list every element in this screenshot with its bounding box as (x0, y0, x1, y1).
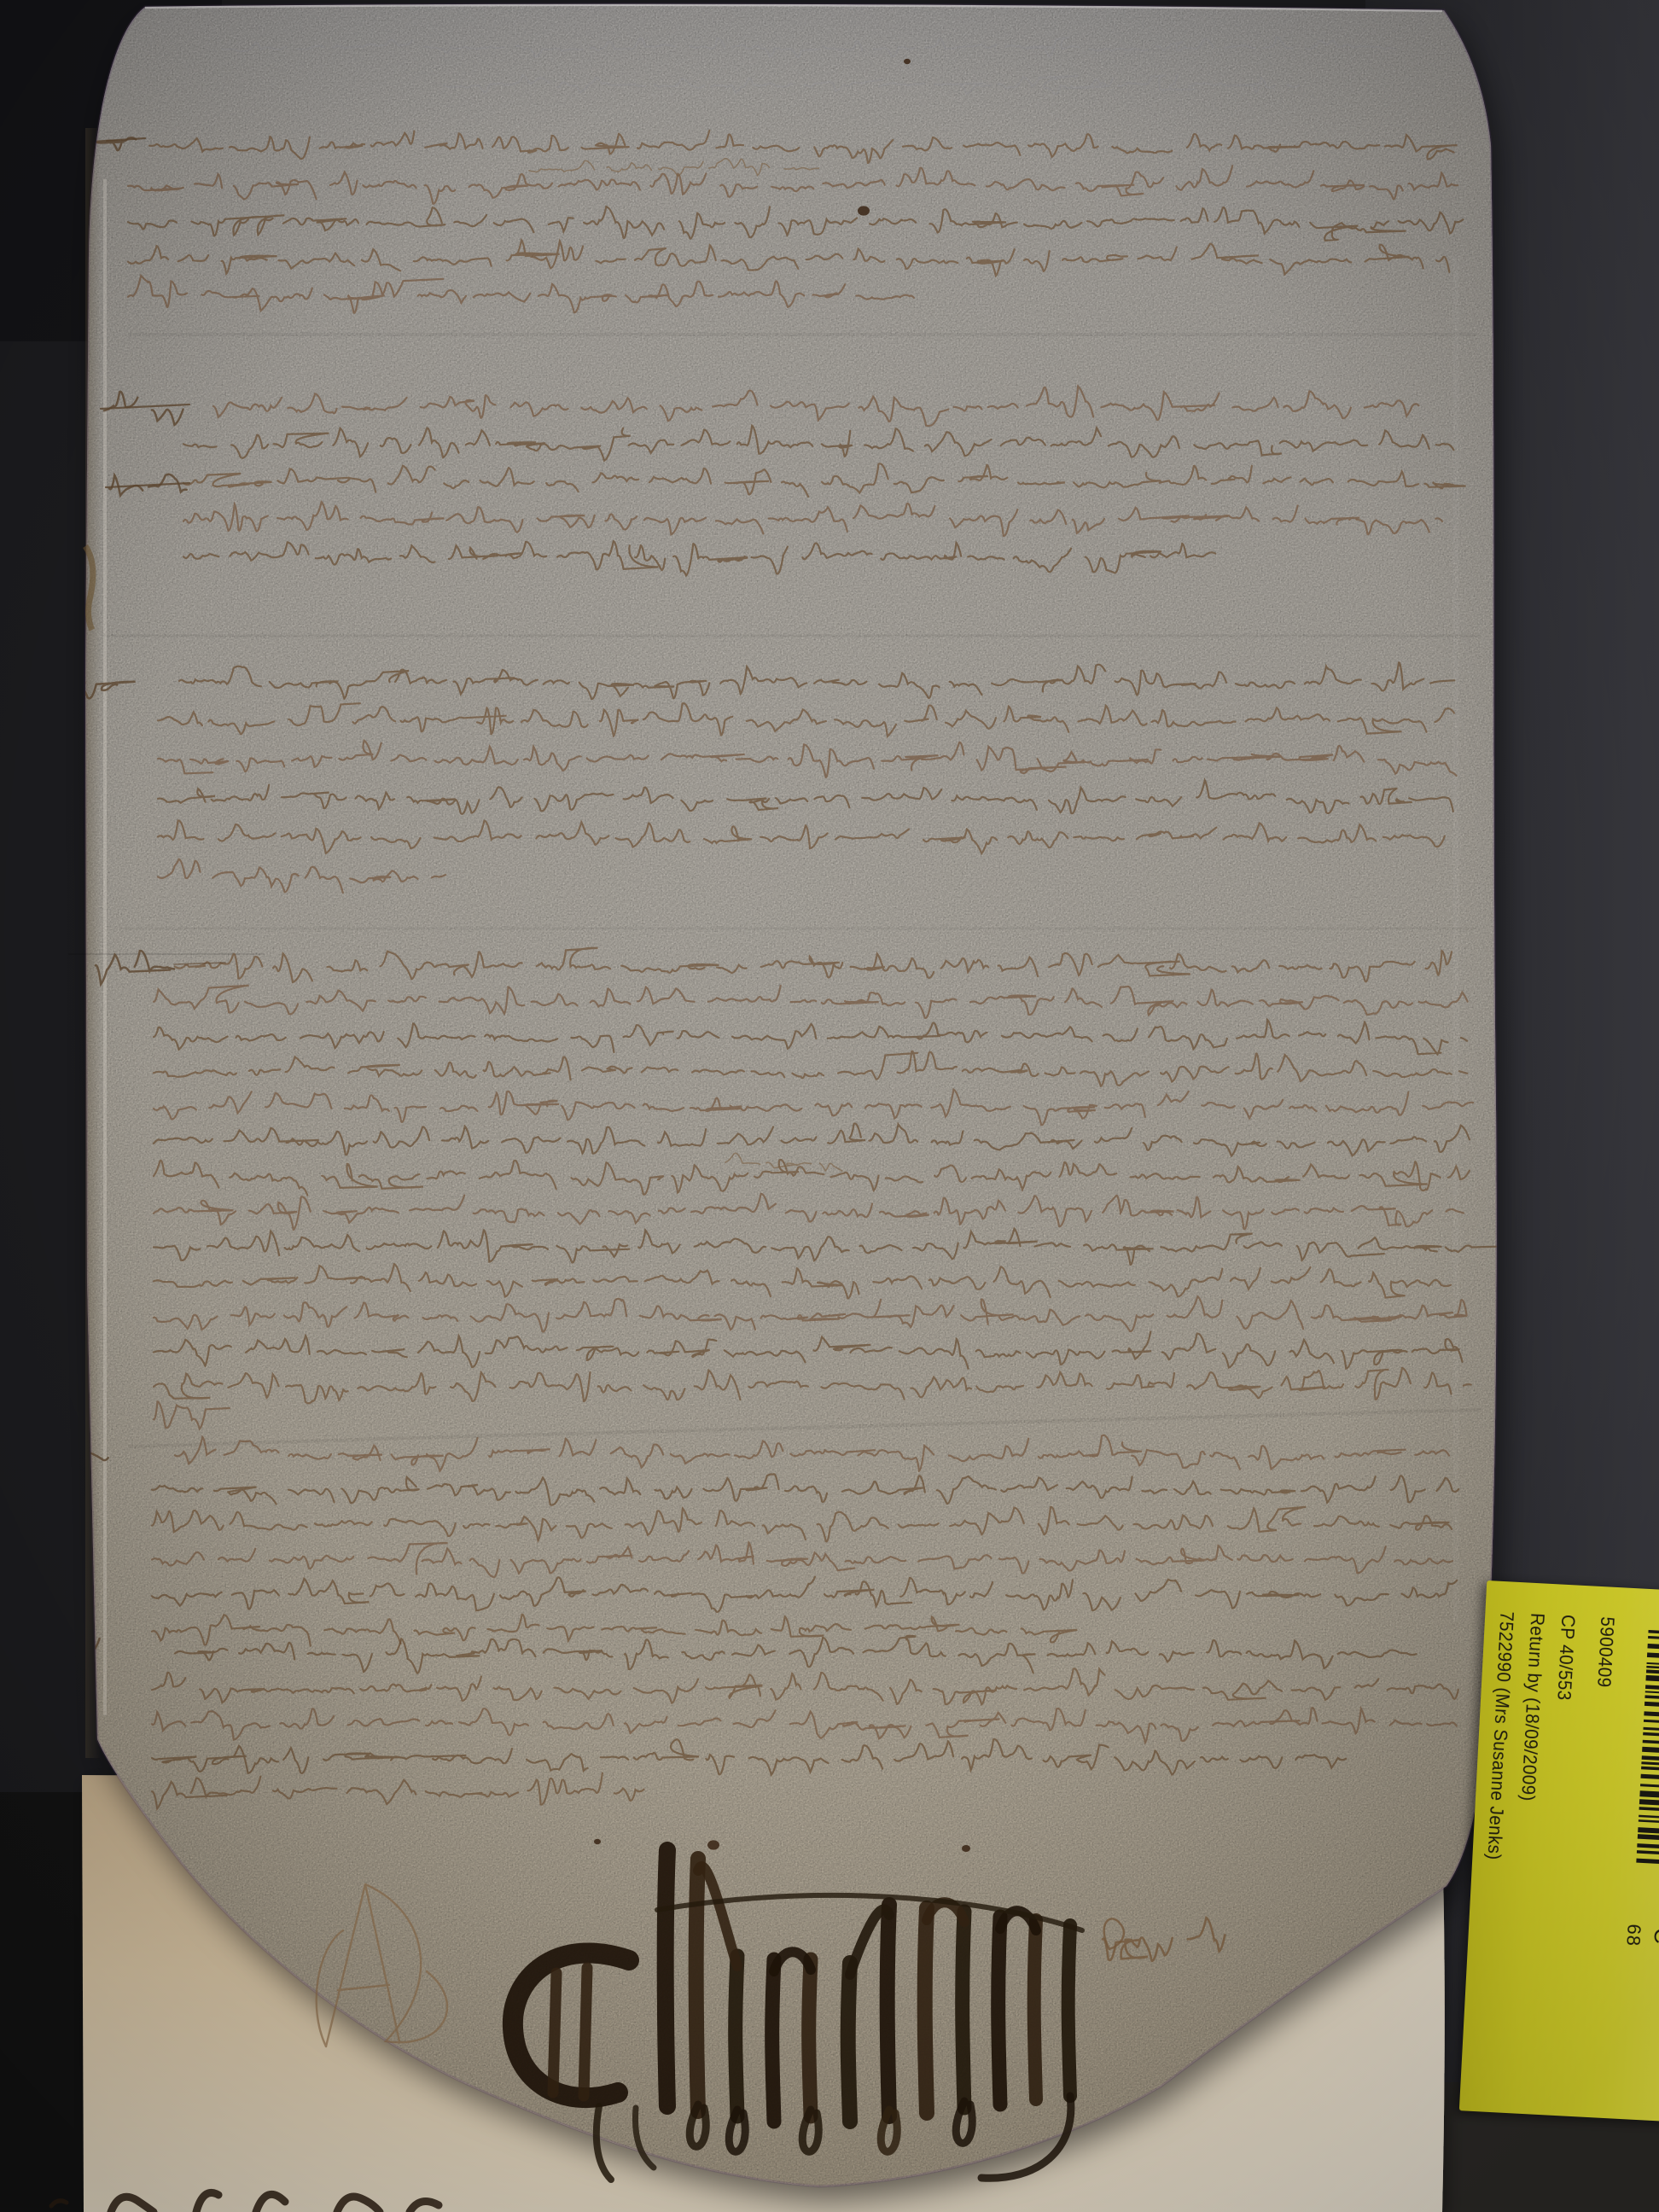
label-line-return-by: Return by (18/09/2009) (1516, 1612, 1549, 1802)
heading-stem (1034, 1920, 1036, 2099)
heading-stem (696, 1859, 698, 2111)
ink-blot (594, 1839, 601, 1844)
manuscript-photo: C 68 5900409 CP 40/553 Return by (18/09/… (0, 0, 1659, 2212)
label-barcode (1636, 1630, 1659, 1871)
heading-stem (888, 1905, 889, 2116)
heading-stem (809, 1959, 811, 2116)
heading-stem (736, 1956, 737, 2116)
heading-stem (772, 1959, 774, 2122)
ink-blot (904, 59, 911, 64)
heading-initial-bar (584, 1968, 587, 2096)
heading-initial-bar (553, 1973, 556, 2093)
label-partial-character: C (1648, 1927, 1659, 1944)
ink-blot (858, 206, 870, 215)
heading-stem (848, 1963, 850, 2122)
heading-stem (666, 1850, 667, 2106)
ink-blot (962, 1845, 970, 1852)
repository-label: C 68 5900409 CP 40/553 Return by (18/09/… (1459, 1580, 1659, 2122)
label-corner-number: 68 (1621, 1924, 1644, 1947)
photo-canvas (0, 0, 1659, 2212)
heading-stem (963, 1912, 964, 2108)
ink-blot (707, 1840, 719, 1849)
label-line-reader: 7522990 (Mrs Susanne Jenks) (1482, 1611, 1517, 1861)
label-line-document-reference: CP 40/553 (1552, 1614, 1579, 1701)
heading-stem (925, 1908, 927, 2113)
heading-stem (998, 1917, 1000, 2104)
heading-stem (1068, 1925, 1070, 2096)
parchment-membrane (68, 4, 1497, 2186)
label-line-barcode-number: 5900409 (1592, 1616, 1618, 1688)
